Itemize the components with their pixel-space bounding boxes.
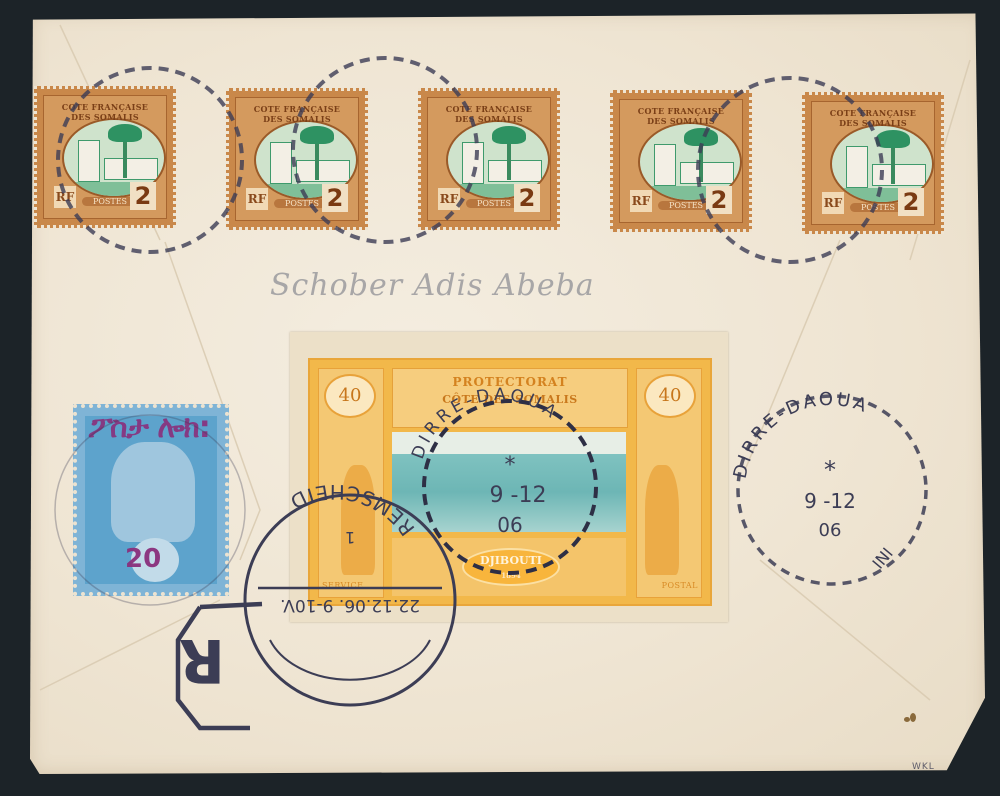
postmark-sub: 1	[345, 528, 355, 547]
postmarks-layer: DIRRE-DAOUA * 9 -12 06 DIRRE-DAOUA * 9 -…	[0, 0, 1000, 796]
postmark-cancel-3	[698, 78, 882, 262]
svg-text:DIRRE-DAOUA: DIRRE-DAOUA	[730, 389, 872, 481]
postmark-datetime: 22.12.06. 9-10V.	[280, 595, 420, 615]
postmark-cancel-2	[293, 58, 477, 242]
postmark-year: 06	[497, 513, 522, 537]
postmark-town: DIRRE-DAOUA	[730, 389, 872, 481]
postmark-remscheid: 22.12.06. 9-10V. 1 REMSCHEID	[245, 480, 455, 705]
postmark-cancel-1	[58, 68, 242, 252]
postmark-star: *	[505, 453, 516, 478]
foxing-spots	[904, 713, 920, 725]
expert-signature-mark: WKL	[912, 762, 935, 772]
registration-mark: R	[178, 604, 262, 728]
postmark-star: *	[824, 456, 836, 484]
postmark-dirre-daoua-right: DIRRE-DAOUA * 9 -12 06 INI	[730, 389, 926, 584]
registration-letter: R	[179, 625, 225, 695]
postmark-date: 9 -12	[804, 489, 856, 513]
postmark-dirre-daoua-on-stamp: DIRRE-DAOUA * 9 -12 06	[408, 385, 596, 573]
postmark-date: 9 -12	[490, 483, 547, 508]
postmark-bottom: INI	[869, 544, 897, 573]
postmark-year: 06	[819, 520, 842, 541]
